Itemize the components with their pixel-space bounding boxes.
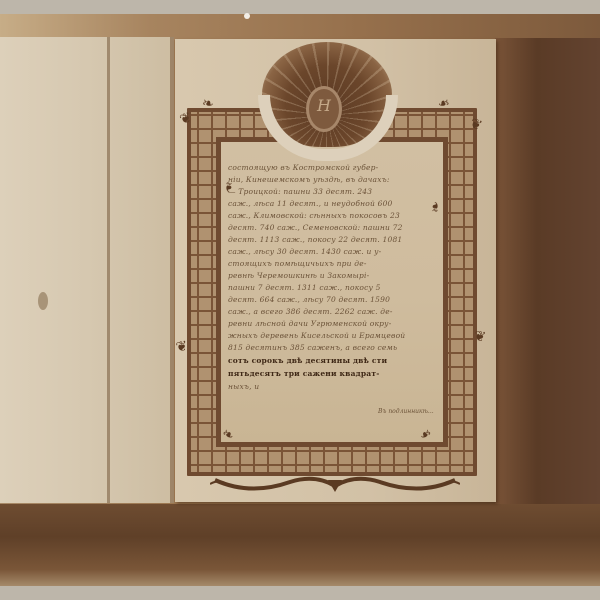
- text-line: жныхъ деревень Кисельской и Ерамцевой: [228, 330, 440, 341]
- text-line: ревнѣ Черемошкинѣ и Закомырі-: [228, 270, 440, 281]
- text-line: ревни лѣсной дачи Угрюменской окру-: [228, 318, 440, 329]
- text-line: саж., а всего 386 десят. 2262 саж. де-: [228, 306, 440, 317]
- text-line: саж., лѣсу 30 десят. 1430 саж. и у-: [228, 246, 440, 257]
- text-line: ныхъ, и: [228, 381, 440, 392]
- text-line: состоящую въ Костромской губер-: [228, 162, 440, 173]
- text-line-bold: пятьдесятъ три сажени квадрат-: [228, 368, 440, 379]
- text-line: десят. 664 саж., лѣсу 70 десят. 1590: [228, 294, 440, 305]
- pin-highlight: [244, 13, 250, 19]
- text-line: стоящихъ помѣщичьихъ при де-: [228, 258, 440, 269]
- text-line: десят. 1113 саж., покосу 22 десят. 1081: [228, 234, 440, 245]
- laurel-branch-icon: ❦: [175, 339, 189, 355]
- text-line: — Троицкой: пашни 33 десят. 243: [228, 186, 440, 197]
- page-stain: [38, 292, 48, 310]
- crest-monogram: Н: [306, 96, 342, 115]
- dark-background-bottom: [0, 504, 600, 586]
- left-blank-page: [0, 37, 173, 503]
- text-line: саж., Климовской: сѣнныхъ покосовъ 23: [228, 210, 440, 221]
- signature-note: Въ подлинникѣ...: [378, 408, 434, 415]
- text-line-bold: сотъ сорокъ двѣ десятины двѣ сти: [228, 355, 440, 366]
- text-line: ніи, Кинешемскомъ уѣздѣ, въ дачахъ:: [228, 174, 440, 185]
- laurel-branch-icon: ❧: [437, 96, 451, 112]
- laurel-branch-icon: ❦: [473, 329, 487, 345]
- text-line: саж., лѣса 11 десят., и неудобной 600: [228, 198, 440, 209]
- text-line: 815 десятинъ 385 саженъ, а всего семь: [228, 342, 440, 353]
- dark-background-right: [495, 38, 600, 508]
- ribbon-swag-icon: [210, 474, 460, 496]
- left-page-fold-line: [107, 37, 110, 503]
- text-line: десят. 740 саж., Семеновской: пашни 72: [228, 222, 440, 233]
- laurel-branch-icon: ❧: [201, 96, 215, 112]
- text-line: пашни 7 десят. 1311 саж., покосу 5: [228, 282, 440, 293]
- spine-edge: [170, 37, 174, 503]
